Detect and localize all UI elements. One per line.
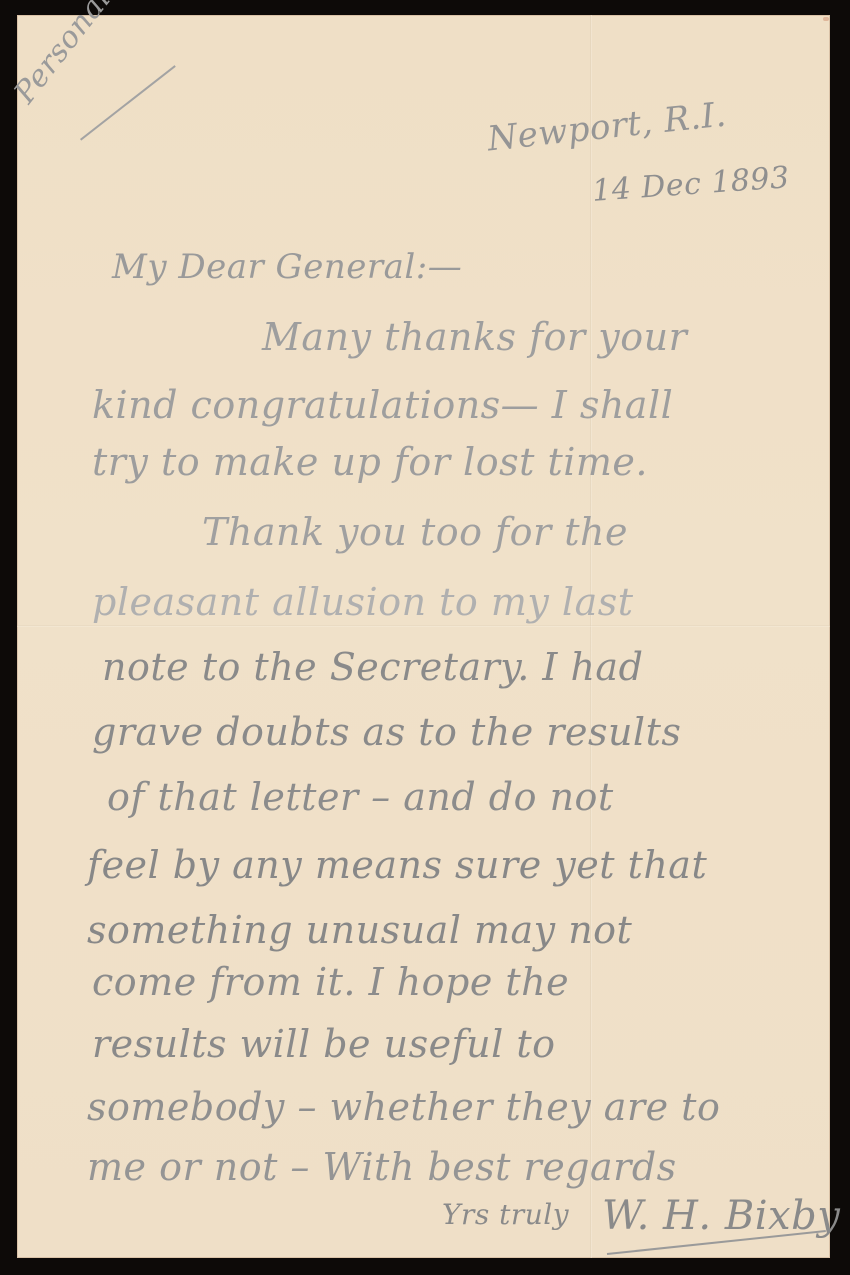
paper-stain <box>823 17 829 21</box>
letter-page: Personal Newport, R.I. 14 Dec 1893 My De… <box>17 15 830 1258</box>
salutation: My Dear General:— <box>112 247 462 287</box>
body-line: feel by any means sure yet that <box>87 843 707 887</box>
body-line: kind congratulations— I shall <box>92 383 673 427</box>
closing: Yrs truly <box>442 1198 569 1231</box>
horizontal-fold-crease <box>17 625 830 627</box>
body-line: grave doubts as to the results <box>92 710 681 754</box>
vertical-fold-crease <box>590 15 592 1258</box>
body-line: pleasant allusion to my last <box>92 580 634 624</box>
body-line: note to the Secretary. I had <box>102 645 643 689</box>
body-line: results will be useful to <box>92 1022 555 1066</box>
personal-annotation: Personal <box>7 0 118 110</box>
body-line: of that letter – and do not <box>107 775 614 819</box>
body-line: Thank you too for the <box>202 510 628 554</box>
body-line: come from it. I hope the <box>92 960 569 1004</box>
body-line: somebody – whether they are to <box>87 1085 720 1129</box>
letter-place: Newport, R.I. <box>486 95 729 160</box>
body-line: me or not – With best regards <box>87 1145 677 1189</box>
body-line: something unusual may not <box>87 908 632 952</box>
letter-date: 14 Dec 1893 <box>591 160 791 209</box>
body-line: Many thanks for your <box>262 315 687 359</box>
annotation-underline <box>80 65 176 140</box>
body-line: try to make up for lost time. <box>92 440 648 484</box>
